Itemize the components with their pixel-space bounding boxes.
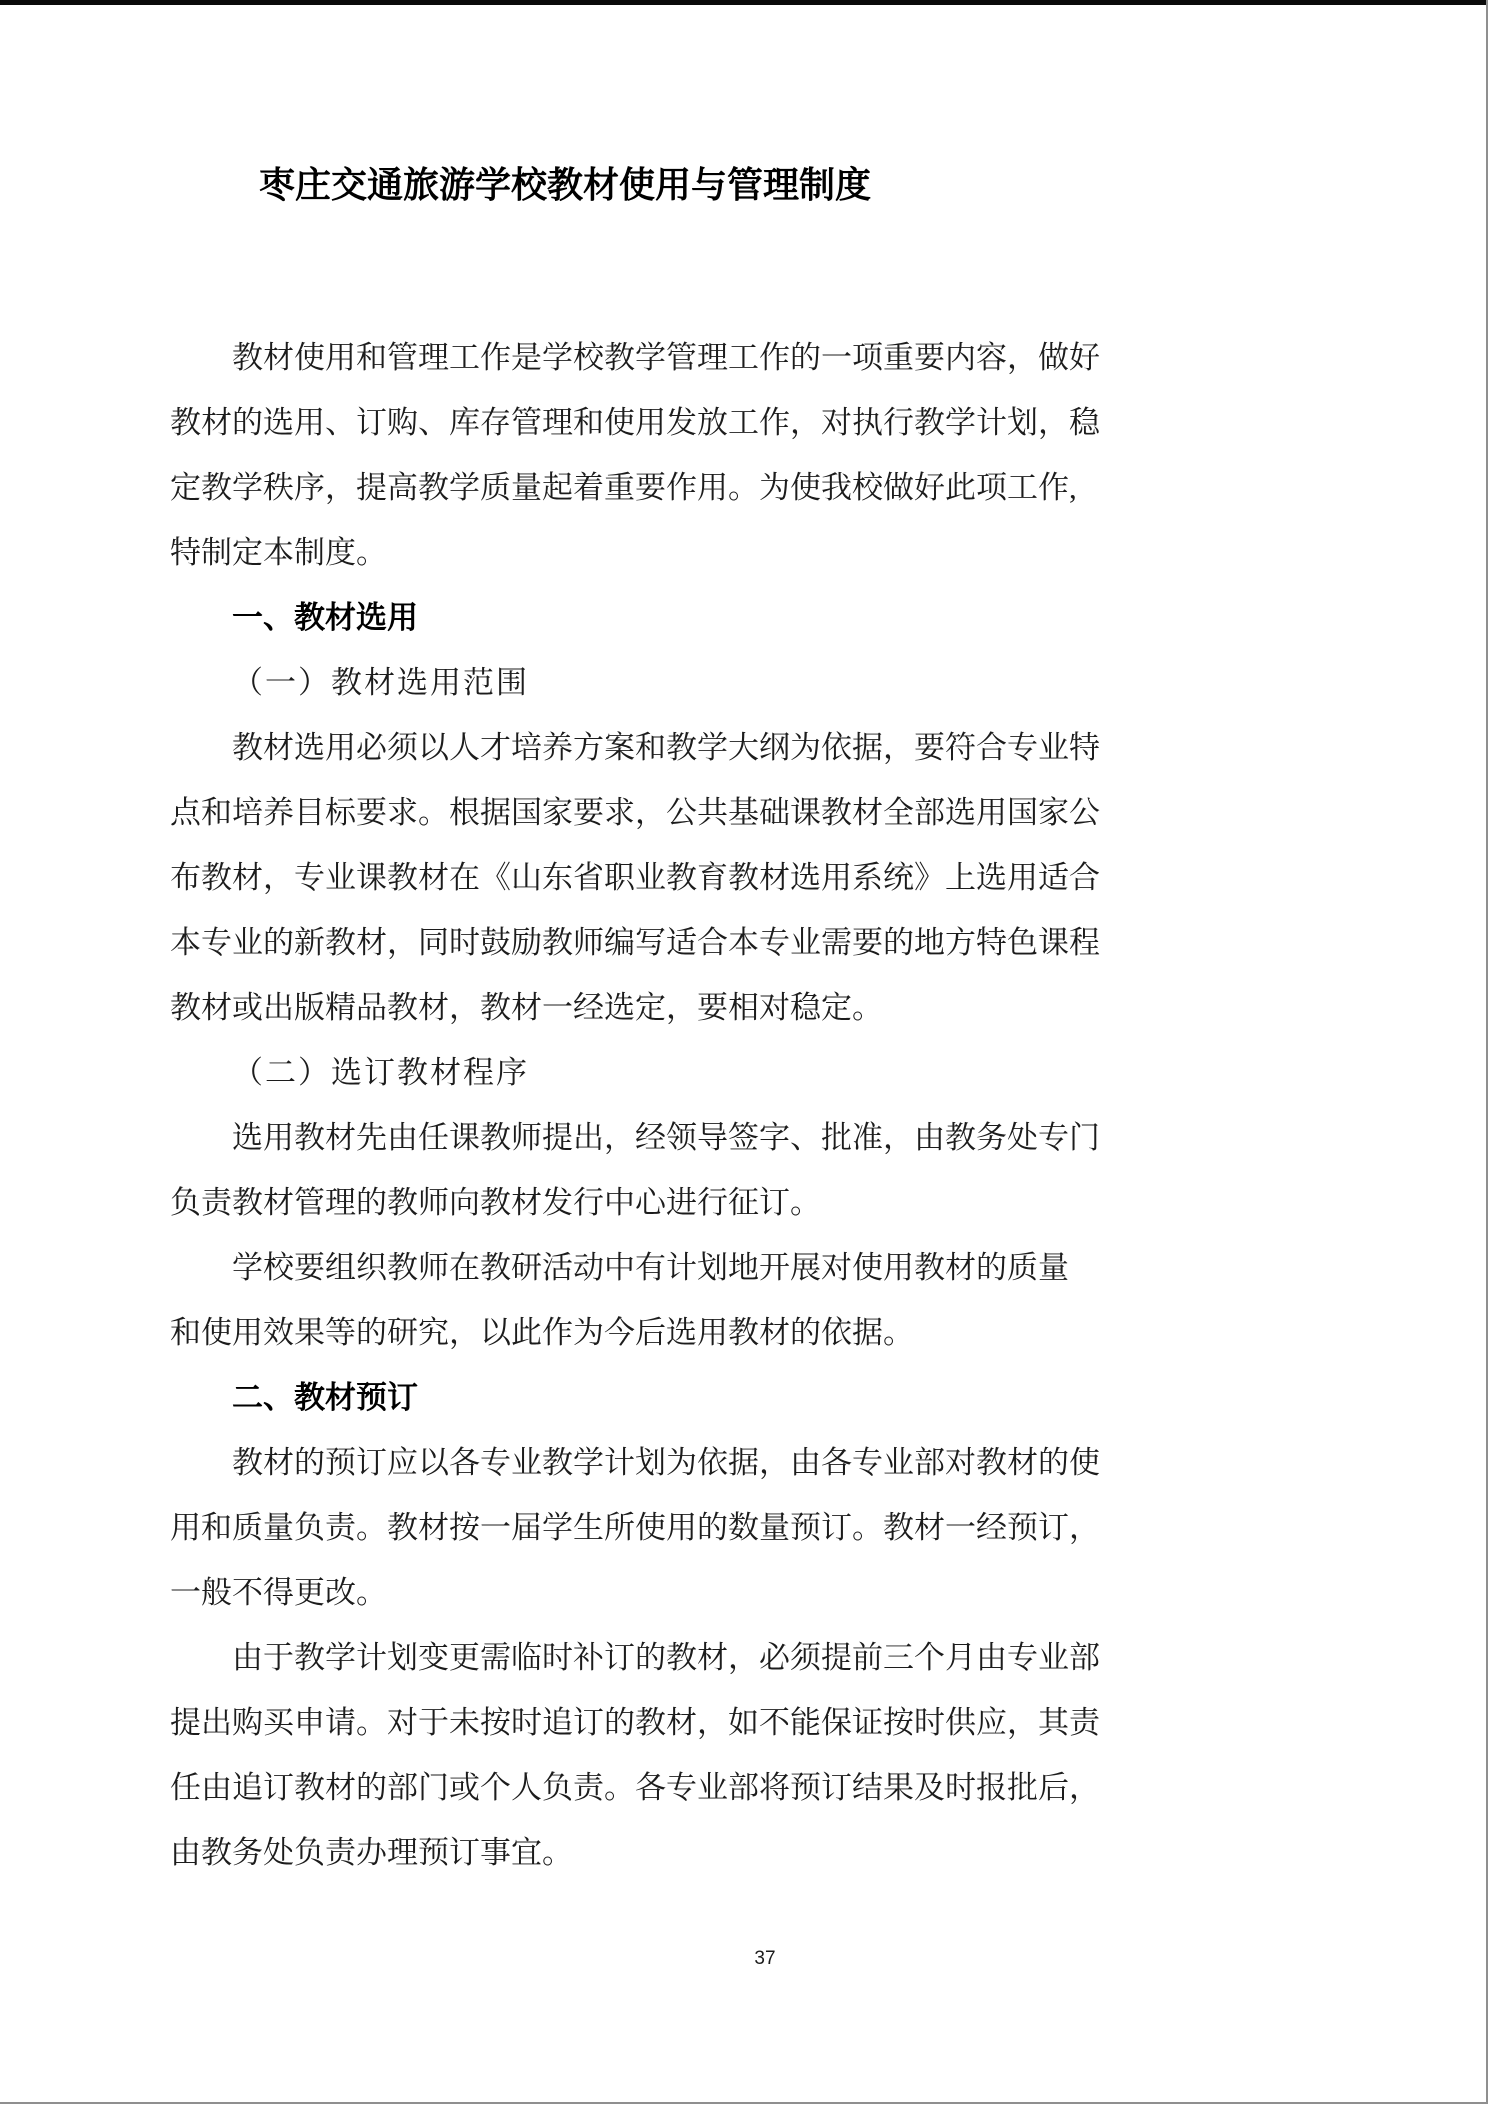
paragraph-line: 任由追订教材的部门或个人负责。各专业部将预订结果及时报批后，	[170, 1755, 960, 1820]
paragraph-line: 教材选用必须以人才培养方案和教学大纲为依据，要符合专业特	[170, 715, 960, 780]
paragraph-line: 定教学秩序，提高教学质量起着重要作用。为使我校做好此项工作,	[170, 455, 960, 520]
paragraph-line: 布教材，专业课教材在《山东省职业教育教材选用系统》上选用适合	[170, 845, 960, 910]
section-heading: 二、教材预订	[170, 1365, 960, 1430]
paragraph-line: 特制定本制度。	[170, 520, 960, 585]
page-number: 37	[0, 1948, 1488, 1970]
paragraph-line: 负责教材管理的教师向教材发行中心进行征订。	[170, 1170, 960, 1235]
paragraph-line: 由于教学计划变更需临时补订的教材，必须提前三个月由专业部	[170, 1625, 960, 1690]
document-body: 教材使用和管理工作是学校教学管理工作的一项重要内容，做好教材的选用、订购、库存管…	[170, 325, 960, 1885]
paragraph-line: 教材或出版精品教材，教材一经选定，要相对稳定。	[170, 975, 960, 1040]
section-heading: 一、教材选用	[170, 585, 960, 650]
paragraph-line: 教材使用和管理工作是学校教学管理工作的一项重要内容，做好	[170, 325, 960, 390]
document-page: 枣庄交通旅游学校教材使用与管理制度 教材使用和管理工作是学校教学管理工作的一项重…	[0, 0, 1488, 2104]
document-title: 枣庄交通旅游学校教材使用与管理制度	[170, 0, 960, 217]
paragraph-line: 和使用效果等的研究，以此作为今后选用教材的依据。	[170, 1300, 960, 1365]
paragraph-line: 教材的选用、订购、库存管理和使用发放工作，对执行教学计划，稳	[170, 390, 960, 455]
paragraph-line: 选用教材先由任课教师提出，经领导签字、批准，由教务处专门	[170, 1105, 960, 1170]
sub-heading: （一）教材选用范围	[170, 650, 960, 715]
sub-heading: （二）选订教材程序	[170, 1040, 960, 1105]
paragraph-line: 本专业的新教材，同时鼓励教师编写适合本专业需要的地方特色课程	[170, 910, 960, 975]
paragraph-line: 用和质量负责。教材按一届学生所使用的数量预订。教材一经预订，	[170, 1495, 960, 1560]
paragraph-line: 学校要组织教师在教研活动中有计划地开展对使用教材的质量	[170, 1235, 960, 1300]
paragraph-line: 提出购买申请。对于未按时追订的教材，如不能保证按时供应，其责	[170, 1690, 960, 1755]
document-content: 枣庄交通旅游学校教材使用与管理制度 教材使用和管理工作是学校教学管理工作的一项重…	[170, 0, 960, 1885]
paragraph-line: 由教务处负责办理预订事宜。	[170, 1820, 960, 1885]
paragraph-line: 点和培养目标要求。根据国家要求，公共基础课教材全部选用国家公	[170, 780, 960, 845]
paragraph-line: 一般不得更改。	[170, 1560, 960, 1625]
paragraph-line: 教材的预订应以各专业教学计划为依据，由各专业部对教材的使	[170, 1430, 960, 1495]
